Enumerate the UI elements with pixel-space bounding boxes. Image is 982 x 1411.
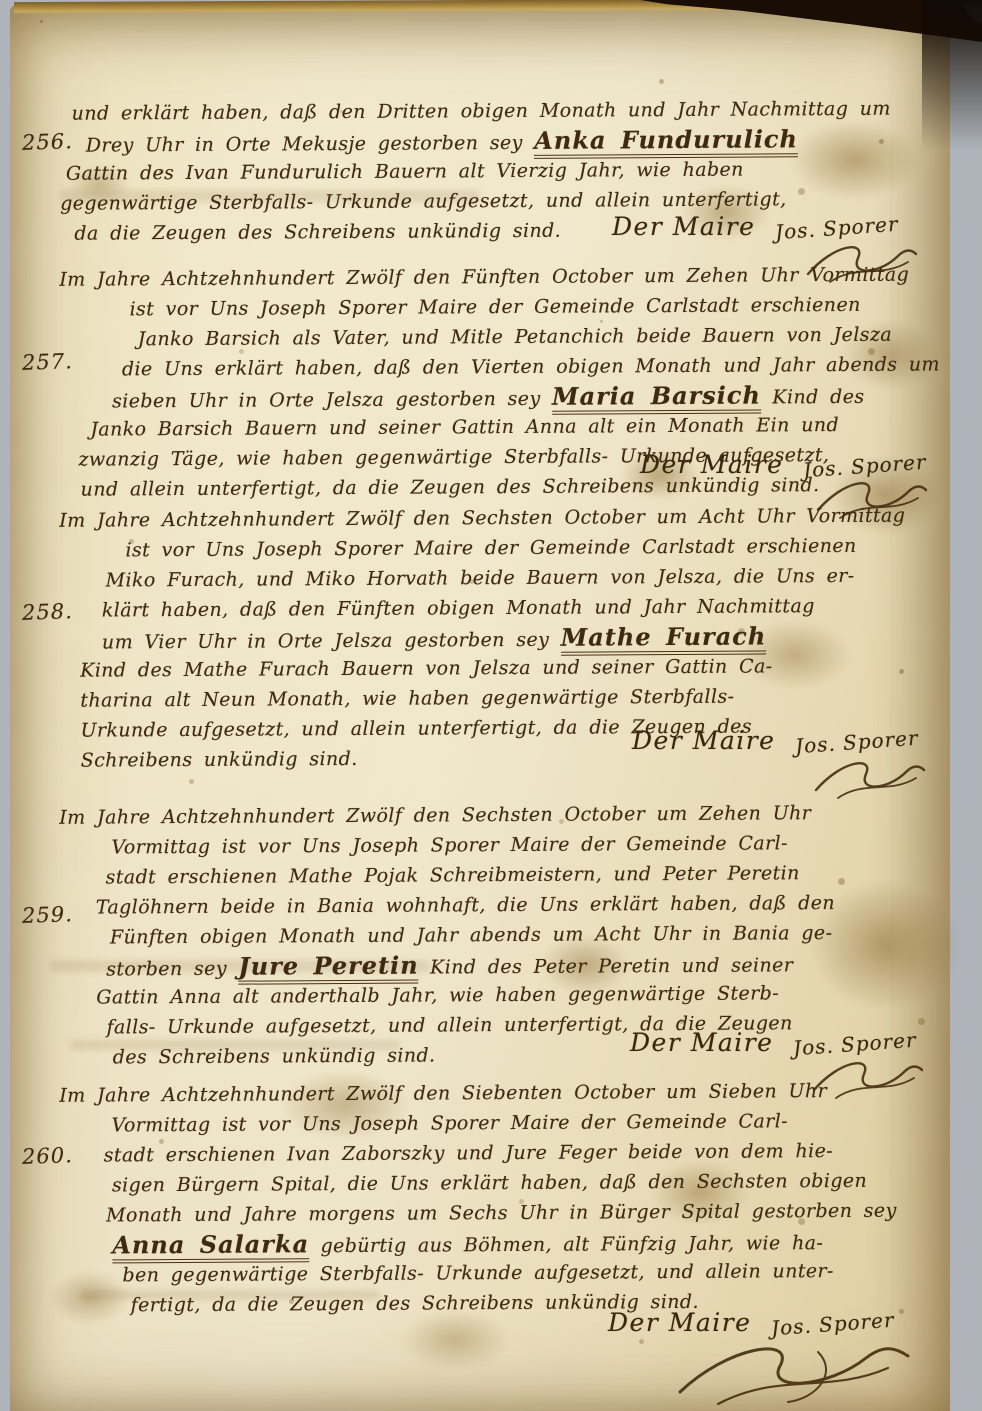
manuscript-text: des Schreibens unkündig sind.: [113, 1044, 436, 1068]
manuscript-text: da die Zeugen des Schreibens unkündig si…: [74, 220, 561, 245]
manuscript-text: Im Jahre Achtzehnhundert Zwölf den Fünft…: [59, 264, 909, 291]
signature-title: Der Maire: [640, 450, 783, 479]
manuscript-text: Monath und Jahre morgens um Sechs Uhr in…: [106, 1200, 897, 1227]
manuscript-text: Kind des: [761, 386, 865, 409]
manuscript-text: ben gegenwärtige Sterbfalls- Urkunde auf…: [122, 1260, 833, 1286]
manuscript-text: Drey Uhr in Orte Mekusje gestorben sey: [86, 132, 535, 157]
manuscript-text: die Uns erklärt haben, daß den Vierten o…: [122, 353, 940, 380]
manuscript-text: Im Jahre Achtzehnhundert Zwölf den Sechs…: [59, 505, 905, 532]
signature-title: Der Maire: [632, 726, 775, 755]
manuscript-text: gegenwärtige Sterbfalls- Urkunde aufgese…: [60, 188, 786, 214]
manuscript-text: tharina alt Neun Monath, wie haben gegen…: [80, 686, 734, 712]
manuscript-text: Schreibens unkündig sind.: [81, 748, 358, 772]
manuscript-text: um Vier Uhr in Orte Jelsza gestorben sey: [102, 629, 561, 654]
register-entry: Im Jahre Achtzehnhundert Zwölf den Siebe…: [59, 1075, 960, 1320]
signature-title: Der Maire: [612, 212, 755, 241]
manuscript-text: stadt erschienen Mathe Pojak Schreibmeis…: [106, 862, 800, 888]
manuscript-line: Monath und Jahre morgens um Sechs Uhr in…: [106, 1195, 960, 1230]
gutter-top-shadow: [922, 0, 982, 150]
manuscript-text: Kind des Mathe Furach Bauern von Jelsza …: [80, 655, 773, 681]
manuscript-text: Vormittag ist vor Uns Joseph Sporer Mair…: [111, 1110, 788, 1136]
manuscript-text: Vormittag ist vor Uns Joseph Sporer Mair…: [111, 832, 788, 858]
maire-signature: Der MaireJos. Sporer: [632, 726, 919, 755]
manuscript-text: gebürtig aus Böhmen, alt Fünfzig Jahr, w…: [309, 1232, 823, 1257]
manuscript-text: sieben Uhr in Orte Jelsza gestorben sey: [112, 388, 552, 413]
fox-speckles: [40, 20, 43, 23]
underlined-deceased-name: Jure Peretin: [238, 951, 419, 985]
manuscript-text: Taglöhnern beide in Bania wohnhaft, die …: [96, 892, 835, 919]
manuscript-text: Kind des Peter Peretin und seiner: [419, 954, 794, 978]
manuscript-text: und erklärt haben, daß den Dritten obige…: [72, 98, 891, 125]
manuscript-text: ist vor Uns Joseph Sporer Maire der Geme…: [125, 535, 856, 561]
manuscript-text: storben sey: [106, 958, 238, 981]
manuscript-text: klärt haben, daß den Fünften obigen Mona…: [102, 595, 815, 621]
manuscript-text: stadt erschienen Ivan Zaborszky und Jure…: [104, 1140, 833, 1166]
manuscript-line: und erklärt haben, daß den Dritten obige…: [72, 93, 960, 128]
manuscript-text: sigen Bürgern Spital, die Uns erklärt ha…: [112, 1170, 867, 1197]
manuscript-line: Janko Barsich Bauern und seiner Gattin A…: [90, 409, 960, 444]
scanned-register-page: { "ink_color": "#3f2a10", "paper_color":…: [0, 0, 982, 1411]
underlined-deceased-name: Anka Fundurulich: [534, 124, 798, 159]
manuscript-text: ist vor Uns Joseph Sporer Maire der Geme…: [129, 294, 860, 320]
underlined-deceased-name: Anna Salarka: [112, 1229, 309, 1263]
signature-title: Der Maire: [630, 1028, 773, 1057]
manuscript-text: Im Jahre Achtzehnhundert Zwölf den Siebe…: [59, 1080, 827, 1107]
manuscript-text: Janko Barsich Bauern und seiner Gattin A…: [90, 414, 839, 441]
manuscript-text: Im Jahre Achtzehnhundert Zwölf den Sechs…: [59, 802, 811, 829]
manuscript-text: Gattin des Ivan Fundurulich Bauern alt V…: [66, 159, 744, 185]
underlined-deceased-name: Maria Barsich: [552, 380, 761, 414]
manuscript-line: Im Jahre Achtzehnhundert Zwölf den Siebe…: [59, 1075, 959, 1110]
book-gutter: [936, 0, 982, 1411]
signature-flourish: [668, 1332, 918, 1411]
manuscript-text: Gattin Anna alt anderthalb Jahr, wie hab…: [96, 982, 779, 1008]
manuscript-line: Miko Furach, und Miko Horvath beide Baue…: [106, 560, 960, 595]
manuscript-text: Fünften obigen Monath und Jahr abends um…: [110, 922, 832, 948]
underlined-deceased-name: Mathe Furach: [561, 621, 767, 655]
manuscript-text: Janko Barsich als Vater, und Mitle Petan…: [138, 324, 892, 351]
manuscript-text: Miko Furach, und Miko Horvath beide Baue…: [106, 565, 855, 592]
